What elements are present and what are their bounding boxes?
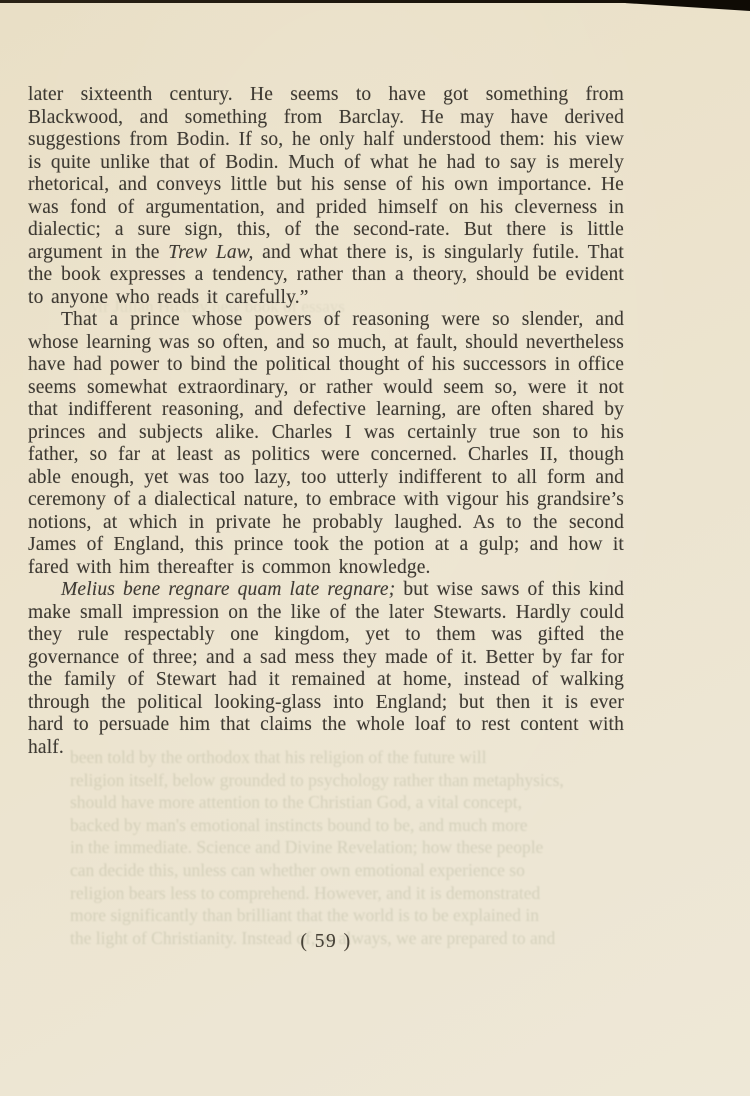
bleedthrough-line: in the immediate. Science and Divine Rev…: [70, 836, 718, 859]
paragraph-segment: later sixteenth century. He seems to hav…: [28, 84, 624, 263]
scan-corner-artifact-top-right: [618, 0, 750, 11]
bleedthrough-line: religion bears less to comprehend. Howev…: [70, 882, 718, 905]
paragraph-segment: That a prince whose powers of reasoning …: [28, 309, 624, 578]
bleedthrough-line: should have more attention to the Christ…: [70, 791, 718, 814]
bleedthrough-line: been told by the orthodox that his relig…: [70, 746, 718, 769]
page-number: ( 59 ): [28, 931, 624, 953]
paragraph-italic-segment: Melius bene regnare quam late regnare;: [61, 579, 395, 600]
bleedthrough-text-block: been told by the orthodox that his relig…: [70, 746, 718, 949]
bleedthrough-line: more significantly than brilliant that t…: [70, 904, 718, 927]
paragraph: That a prince whose powers of reasoning …: [28, 309, 624, 579]
bleedthrough-line: religion itself, below grounded to psych…: [70, 769, 718, 792]
scanned-book-page: Mr Julian Huxley new book of essays late…: [0, 0, 750, 1096]
bleedthrough-line: can decide this, unless can whether own …: [70, 859, 718, 882]
paragraph: Melius bene regnare quam late regnare; b…: [28, 579, 624, 759]
text-block: later sixteenth century. He seems to hav…: [28, 84, 624, 759]
paragraph-italic-segment: Trew Law,: [168, 242, 253, 263]
paragraph: later sixteenth century. He seems to hav…: [28, 84, 624, 309]
bleedthrough-line: backed by man's emotional instincts boun…: [70, 814, 718, 837]
paragraph-segment: but wise saws of this kind make small im…: [28, 579, 624, 758]
